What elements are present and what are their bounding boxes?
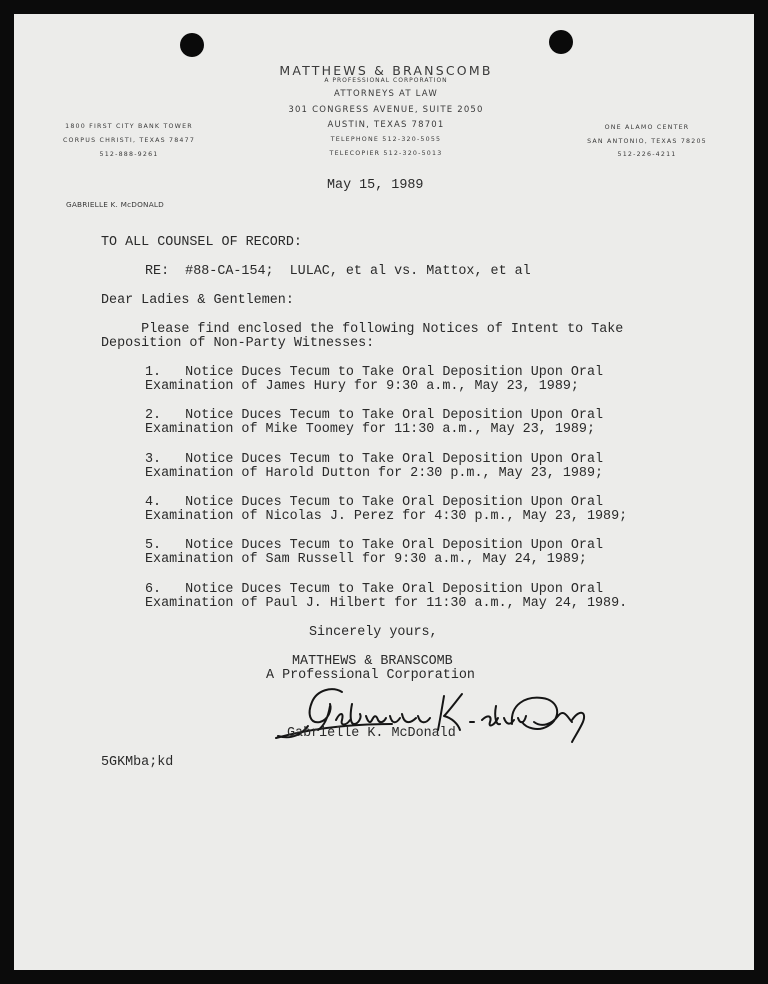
notice-item-4-line2: Examination of Nicolas J. Perez for 4:30…: [145, 510, 627, 525]
firm-subtitle: A PROFESSIONAL CORPORATION: [14, 77, 758, 84]
signer-name: Gabrielle K. McDonald: [287, 727, 456, 742]
right-office-line2: SAN ANTONIO, TEXAS 78205: [562, 138, 732, 145]
punch-hole-left: [180, 33, 204, 57]
left-office-line2: CORPUS CHRISTI, TEXAS 78477: [44, 137, 214, 144]
reference-initials: 5GKMba;kd: [101, 756, 173, 771]
closing: Sincerely yours,: [309, 626, 438, 641]
firm-tagline: ATTORNEYS AT LAW: [14, 89, 758, 99]
notice-item-3-line2: Examination of Harold Dutton for 2:30 p.…: [145, 467, 603, 482]
right-office-phone: 512-226-4211: [562, 151, 732, 158]
notice-item-6-line2: Examination of Paul J. Hilbert for 11:30…: [145, 597, 627, 612]
notice-item-5-line2: Examination of Sam Russell for 9:30 a.m.…: [145, 553, 587, 568]
intro-line2: Deposition of Non-Party Witnesses:: [101, 337, 374, 352]
letter-page: MATTHEWS & BRANSCOMB A PROFESSIONAL CORP…: [14, 14, 754, 970]
attorney-name: GABRIELLE K. McDONALD: [66, 200, 196, 209]
notice-item-2-line2: Examination of Mike Toomey for 11:30 a.m…: [145, 423, 595, 438]
left-office-phone: 512-888-9261: [44, 151, 214, 158]
notice-item-1-line2: Examination of James Hury for 9:30 a.m.,…: [145, 380, 579, 395]
addressee: TO ALL COUNSEL OF RECORD:: [101, 236, 302, 251]
letter-date: May 15, 1989: [327, 179, 423, 194]
firm-address-line1: 301 CONGRESS AVENUE, SUITE 2050: [14, 105, 758, 115]
punch-hole-right: [549, 30, 573, 54]
signature-corporation: A Professional Corporation: [266, 669, 475, 684]
re-line: RE: #88-CA-154; LULAC, et al vs. Mattox,…: [145, 265, 531, 280]
salutation: Dear Ladies & Gentlemen:: [101, 294, 294, 309]
firm-name: MATTHEWS & BRANSCOMB: [14, 63, 758, 78]
left-office-line1: 1800 FIRST CITY BANK TOWER: [44, 123, 214, 130]
right-office-line1: ONE ALAMO CENTER: [562, 124, 732, 131]
